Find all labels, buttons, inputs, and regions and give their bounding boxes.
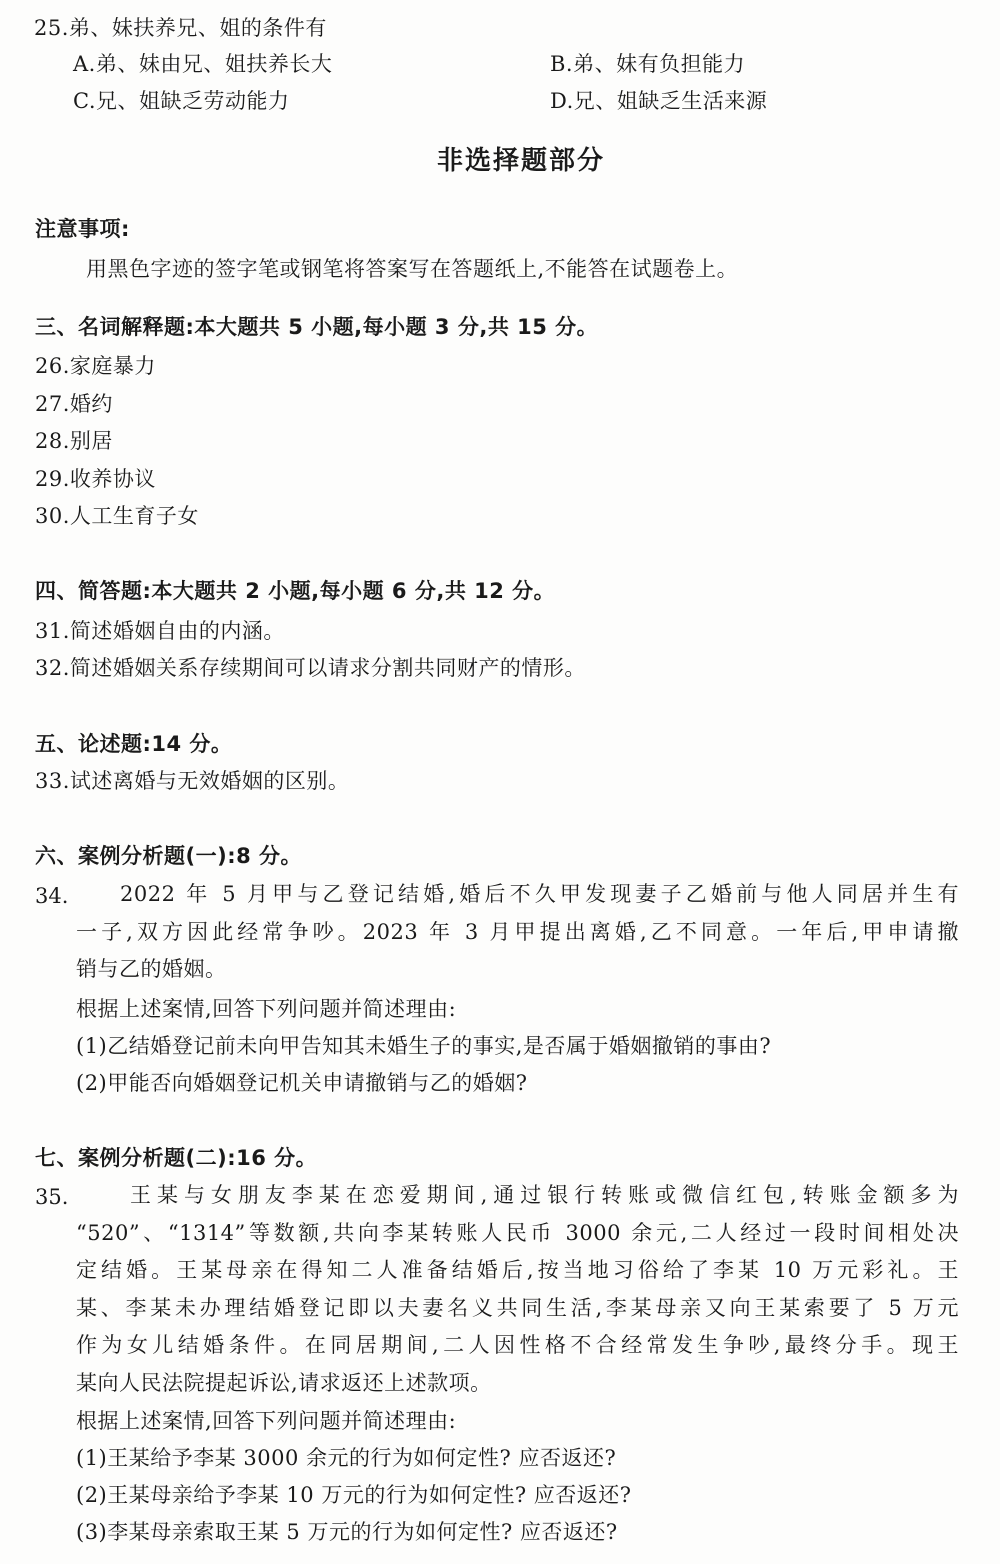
q32: 32.简述婚姻关系存续期间可以请求分割共同财产的情形。 [35,658,586,679]
option-d: D.兄、姐缺乏生活来源 [550,91,767,112]
option-b: B.弟、妹有负担能力 [550,54,745,75]
q34-prompt: 根据上述案情,回答下列问题并简述理由: [76,999,456,1020]
option-c: C.兄、姐缺乏劳动能力 [73,91,290,112]
q35-case-text: 王某与女朋友李某在恋爱期间,通过银行转账或微信红包,转账金额多为 “520”、“… [76,1177,959,1402]
case-line: 王某与女朋友李某在恋爱期间,通过银行转账或微信红包,转账金额多为 [76,1177,959,1215]
q35-number: 35. [35,1187,68,1208]
section7-heading: 七、案例分析题(二):16 分。 [35,1148,317,1169]
q35-sub-3: (3)李某母亲索取王某 5 万元的行为如何定性? 应否返还? [76,1522,618,1543]
q34-case-text: 2022 年 5 月甲与乙登记结婚,婚后不久甲发现妻子乙婚前与他人同居并生有 一… [76,876,959,989]
section3-heading: 三、名词解释题:本大题共 5 小题,每小题 3 分,共 15 分。 [35,317,598,338]
q30: 30.人工生育子女 [35,506,199,527]
q29: 29.收养协议 [35,469,156,490]
q27: 27.婚约 [35,394,113,415]
case-line: 某、李某未办理结婚登记即以夫妻名义共同生活,李某母亲又向王某索要了 5 万元 [76,1290,959,1328]
notice-text: 用黑色字迹的签字笔或钢笔将答案写在答题纸上,不能答在试题卷上。 [86,259,738,280]
option-a: A.弟、妹由兄、姐扶养长大 [73,54,332,75]
case-line: “520”、“1314”等数额,共向李某转账人民币 3000 余元,二人经过一段… [76,1215,959,1253]
q31: 31.简述婚姻自由的内涵。 [35,621,285,642]
section6-heading: 六、案例分析题(一):8 分。 [35,846,302,867]
notice-heading: 注意事项: [35,219,130,240]
question-25-stem: 25.弟、妹扶养兄、姐的条件有 [34,18,327,39]
q35-sub-2: (2)王某母亲给予李某 10 万元的行为如何定性? 应否返还? [76,1485,632,1506]
part-title: 非选择题部分 [437,148,605,174]
section5-heading: 五、论述题:14 分。 [35,734,232,755]
q35-sub-1: (1)王某给予李某 3000 余元的行为如何定性? 应否返还? [76,1448,616,1469]
q26: 26.家庭暴力 [35,356,156,377]
case-line: 2022 年 5 月甲与乙登记结婚,婚后不久甲发现妻子乙婚前与他人同居并生有 [76,876,959,914]
q34-sub-2: (2)甲能否向婚姻登记机关申请撤销与乙的婚姻? [76,1073,528,1094]
case-line: 作为女儿结婚条件。在同居期间,二人因性格不合经常发生争吵,最终分手。现王 [76,1327,959,1365]
case-line: 销与乙的婚姻。 [76,951,959,989]
q35-prompt: 根据上述案情,回答下列问题并简述理由: [76,1411,456,1432]
case-line: 一子,双方因此经常争吵。2023 年 3 月甲提出离婚,乙不同意。一年后,甲申请… [76,914,959,952]
q34-number: 34. [35,886,68,907]
q33: 33.试述离婚与无效婚姻的区别。 [35,771,349,792]
q34-sub-1: (1)乙结婚登记前未向甲告知其未婚生子的事实,是否属于婚姻撤销的事由? [76,1036,771,1057]
case-line: 定结婚。王某母亲在得知二人准备结婚后,按当地习俗给了李某 10 万元彩礼。王 [76,1252,959,1290]
section4-heading: 四、简答题:本大题共 2 小题,每小题 6 分,共 12 分。 [35,581,555,602]
q28: 28.别居 [35,431,113,452]
case-line: 某向人民法院提起诉讼,请求返还上述款项。 [76,1365,959,1403]
